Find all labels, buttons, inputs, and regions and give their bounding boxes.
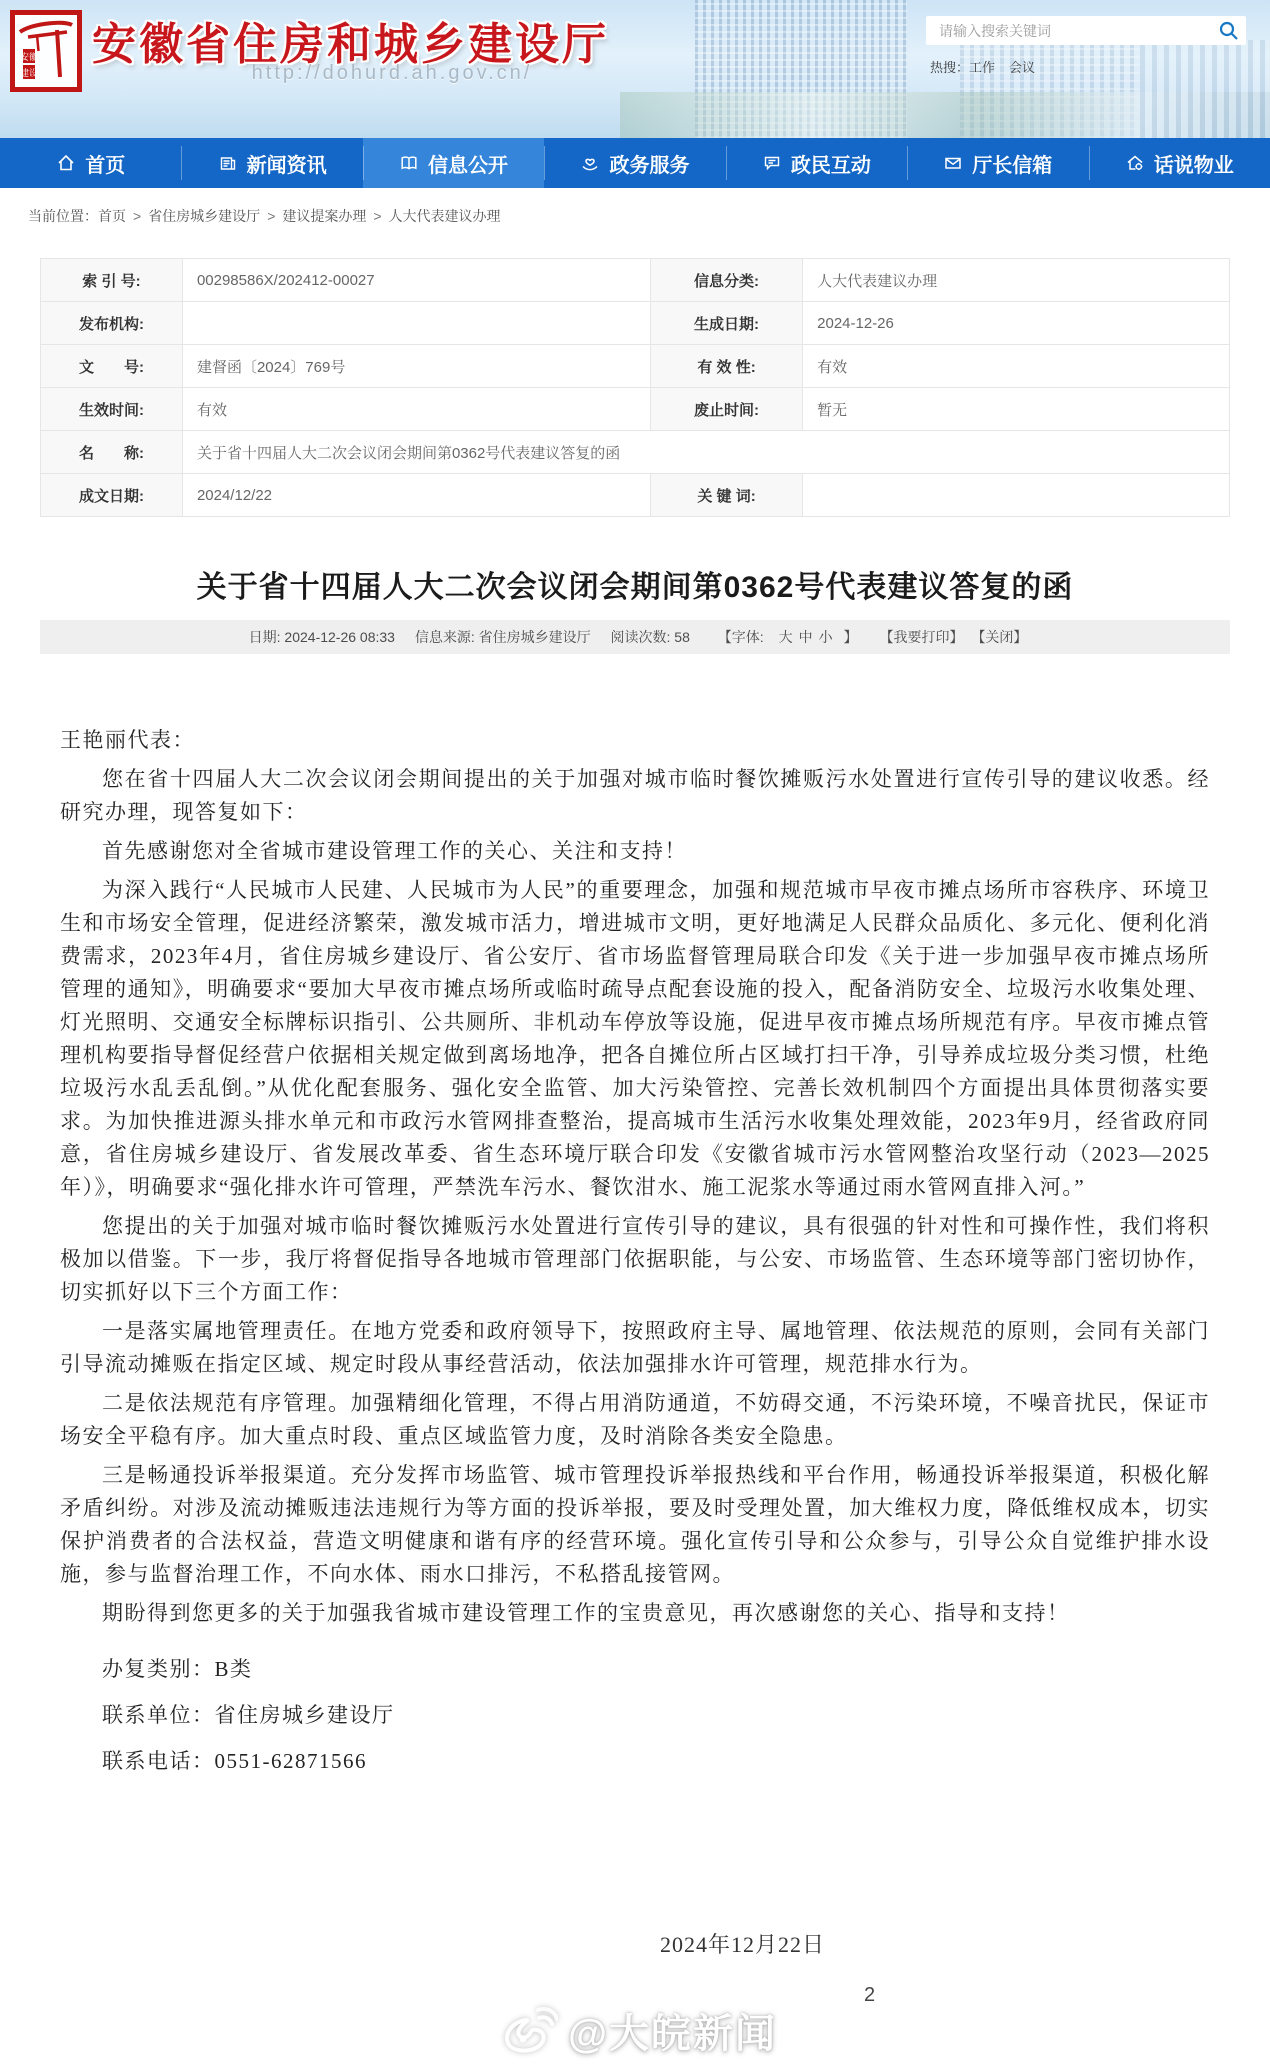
search-input[interactable] [926,16,1217,45]
font-size-prefix: 【字体: [718,629,768,645]
gate-logo-icon: 安徽 建设 [15,15,77,87]
search-box [926,16,1246,45]
info-label: 名 称: [41,431,183,474]
info-value: 人大代表建议办理 [803,259,1230,302]
site-url: http://dohurd.ah.gov.cn/ [92,62,692,85]
page: 安徽 建设 安徽省住房和城乡建设厅 http://dohurd.ah.gov.c… [0,0,1270,2071]
info-table-row: 发布机构:生成日期:2024-12-26 [41,302,1230,345]
font-size-suffix: 】 [844,629,858,645]
hot-search-link[interactable]: 会议 [1009,57,1035,76]
close-button[interactable]: 【关闭】 [971,629,1027,645]
info-value: 关于省十四届人大二次会议闭会期间第0362号代表建议答复的函 [182,431,1229,474]
info-table-row: 索 引 号:00298586X/202412-00027信息分类:人大代表建议办… [41,259,1230,302]
info-label: 生成日期: [650,302,802,345]
info-label: 关 键 词: [650,474,802,517]
home-icon [56,153,76,173]
info-label: 信息分类: [650,259,802,302]
print-button[interactable]: 【我要打印】 [879,629,963,645]
news-icon [218,153,238,173]
meta-source: 信息来源: 省住房城乡建设厅 [415,629,591,645]
nav-item[interactable]: 政务服务 [544,138,725,188]
letter-paragraph: 王艳丽代表： [60,724,1210,757]
info-label: 废止时间: [650,388,802,431]
svg-text:安徽: 安徽 [20,51,38,62]
nav-item[interactable]: 新闻资讯 [181,138,362,188]
font-size-controls: 【字体: 大中小】 [710,629,866,645]
info-value: 00298586X/202412-00027 [182,259,650,302]
info-label: 成文日期: [41,474,183,517]
header-building-image [1140,40,1270,138]
contact-line: 办复类别：B类 [60,1646,1210,1692]
nav-item[interactable]: 厅长信箱 [907,138,1088,188]
breadcrumb: 当前位置：首页>省住房城乡建设厅>建议提案办理>人大代表建议办理 [0,188,1270,254]
site-header: 安徽 建设 安徽省住房和城乡建设厅 http://dohurd.ah.gov.c… [0,0,1270,138]
info-table: 索 引 号:00298586X/202412-00027信息分类:人大代表建议办… [40,258,1230,517]
info-value: 有效 [182,388,650,431]
document-title: 关于省十四届人大二次会议闭会期间第0362号代表建议答复的函 [0,562,1270,606]
mail-icon [943,153,963,173]
breadcrumb-link[interactable]: 首页 [98,208,126,224]
stray-text-fragment: 2 [864,1984,875,2007]
letter-paragraph: 首先感谢您对全省城市建设管理工作的关心、关注和支持！ [60,835,1210,868]
font-size-button[interactable]: 中 [799,629,813,645]
letter-paragraph: 期盼得到您更多的关于加强我省城市建设管理工作的宝贵意见，再次感谢您的关心、指导和… [60,1597,1210,1630]
info-value: 2024/12/22 [182,474,650,517]
info-value: 有效 [803,345,1230,388]
nav-item-label: 话说物业 [1154,149,1234,178]
article-meta-bar: 日期: 2024-12-26 08:33 信息来源: 省住房城乡建设厅 阅读次数… [40,620,1230,654]
nav-item[interactable]: 话说物业 [1089,138,1270,188]
contact-block: 办复类别：B类 联系单位：省住房城乡建设厅 联系电话：0551-62871566 [60,1646,1210,1784]
hot-search: 热搜：工作会议 [930,57,1049,76]
info-value: 建督函〔2024〕769号 [182,345,650,388]
meta-date: 日期: 2024-12-26 08:33 [249,629,395,645]
letter-paragraph: 二是依法规范有序管理。加强精细化管理，不得占用消防通道，不妨碍交通，不污染环境，… [60,1387,1210,1453]
letter-paragraph: 一是落实属地管理责任。在地方党委和政府领导下，按照政府主导、属地管理、依法规范的… [60,1315,1210,1381]
font-size-button[interactable]: 大 [779,629,793,645]
nav-item[interactable]: 信息公开 [363,138,544,188]
info-label: 发布机构: [41,302,183,345]
letter-paragraph: 为深入践行“人民城市人民建、人民城市为人民”的重要理念，加强和规范城市早夜市摊点… [60,874,1210,1204]
info-table-row: 文 号:建督函〔2024〕769号有 效 性:有效 [41,345,1230,388]
nav-item-label: 新闻资讯 [247,149,327,178]
nav-item-label: 政务服务 [609,149,689,178]
breadcrumb-separator: > [373,208,381,224]
info-table-row: 名 称:关于省十四届人大二次会议闭会期间第0362号代表建议答复的函 [41,431,1230,474]
main-nav: 首页 新闻资讯 信息公开 政务服务 政民互动 [0,138,1270,188]
news-watermark: @大皖新闻 [502,2002,777,2059]
info-label: 文 号: [41,345,183,388]
info-value [803,474,1230,517]
nav-item-label: 首页 [85,149,125,178]
hot-search-link[interactable]: 工作 [969,57,995,76]
breadcrumb-link[interactable]: 省住房城乡建设厅 [148,208,260,224]
site-logo[interactable]: 安徽 建设 [10,10,82,92]
info-value: 暂无 [803,388,1230,431]
search-icon [1218,20,1240,42]
watermark-text: @大皖新闻 [568,2002,777,2059]
letter-paragraph: 您提出的关于加强对城市临时餐饮摊贩污水处置进行宣传引导的建议，具有很强的针对性和… [60,1210,1210,1309]
breadcrumb-separator: > [267,208,275,224]
info-label: 索 引 号: [41,259,183,302]
hot-search-label: 热搜： [930,60,969,75]
info-table-row: 成文日期:2024/12/22关 键 词: [41,474,1230,517]
info-label: 有 效 性: [650,345,802,388]
breadcrumb-separator: > [133,208,141,224]
contact-line: 联系电话：0551-62871566 [60,1738,1210,1784]
svg-text:建设: 建设 [20,67,38,78]
search-button[interactable] [1218,20,1240,42]
nav-item-label: 信息公开 [428,149,508,178]
meta-views: 阅读次数: 58 [611,629,690,645]
info-label: 生效时间: [41,388,183,431]
font-size-button[interactable]: 小 [819,629,833,645]
breadcrumb-link[interactable]: 人大代表建议办理 [389,208,501,224]
chat-icon [762,153,782,173]
nav-item-label: 厅长信箱 [972,149,1052,178]
property-icon [1125,153,1145,173]
nav-item[interactable]: 首页 [0,138,181,188]
letter-paragraph: 您在省十四届人大二次会议闭会期间提出的关于加强对城市临时餐饮摊贩污水处置进行宣传… [60,763,1210,829]
letter-paragraph: 三是畅通投诉举报渠道。充分发挥市场监管、城市管理投诉举报热线和平台作用，畅通投诉… [60,1459,1210,1591]
book-icon [399,153,419,173]
info-value [182,302,650,345]
breadcrumb-label: 当前位置： [28,208,98,224]
nav-item-label: 政民互动 [791,149,871,178]
nav-item[interactable]: 政民互动 [726,138,907,188]
weibo-icon [502,2006,558,2056]
info-value: 2024-12-26 [803,302,1230,345]
info-table-body: 索 引 号:00298586X/202412-00027信息分类:人大代表建议办… [41,259,1230,517]
contact-line: 联系单位：省住房城乡建设厅 [60,1692,1210,1738]
document-sign-date: 2024年12月22日 [660,1928,825,1959]
info-table-row: 生效时间:有效废止时间:暂无 [41,388,1230,431]
service-icon [580,153,600,173]
breadcrumb-link[interactable]: 建议提案办理 [282,208,366,224]
letter-body: 王艳丽代表： 您在省十四届人大二次会议闭会期间提出的关于加强对城市临时餐饮摊贩污… [60,706,1210,1784]
